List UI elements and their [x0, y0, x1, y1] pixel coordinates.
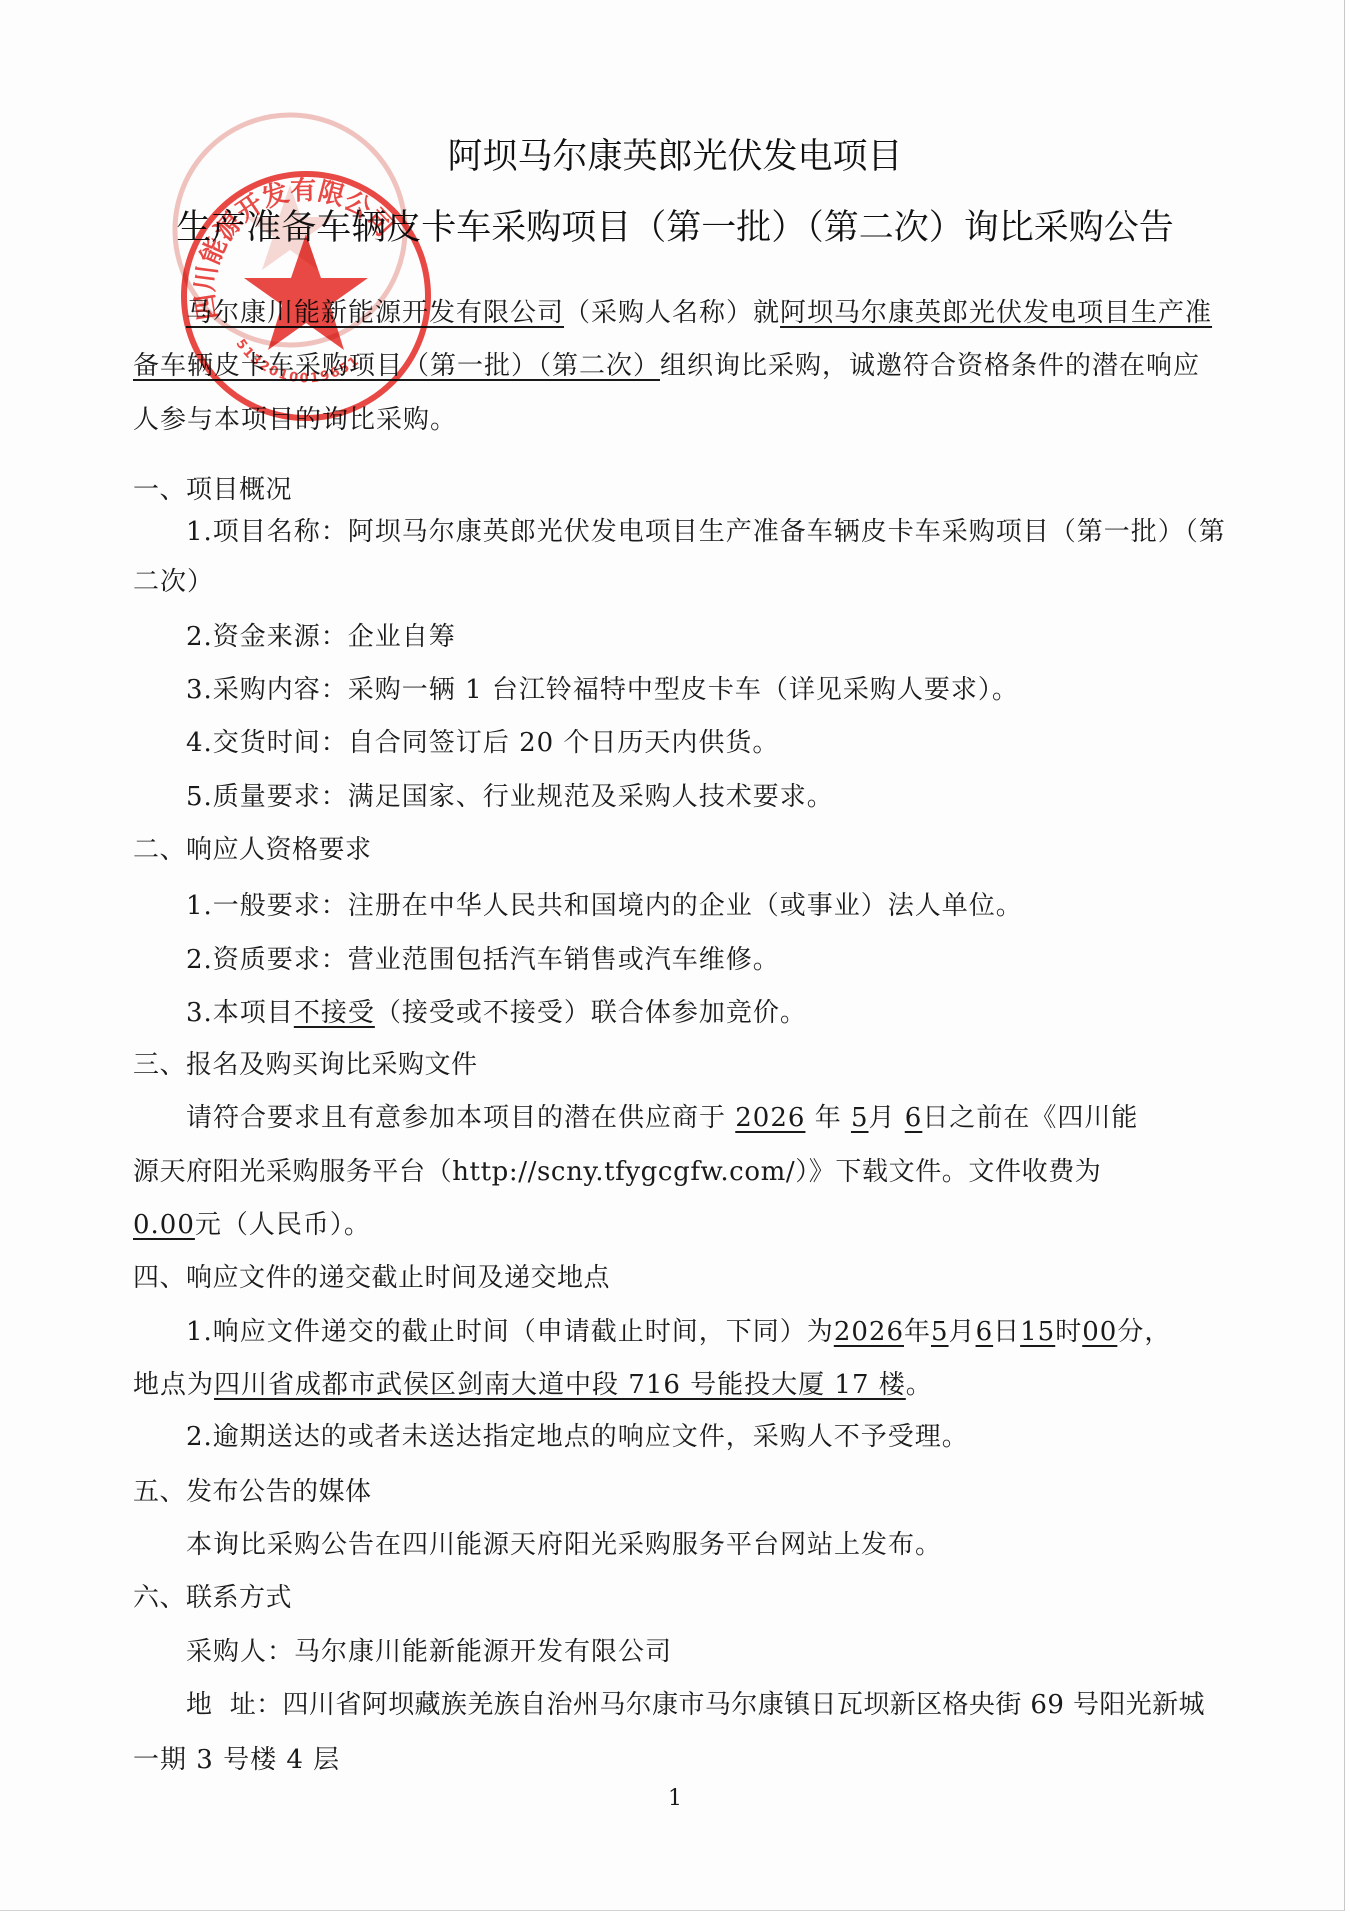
s3-para-line-2: 源天府阳光采购服务平台（http://scny.tfygcgfw.com/）》下…	[133, 1155, 1101, 1189]
deadline-month: 5	[931, 1317, 949, 1347]
intro-text: 组织询比采购，诚邀符合资格条件的潜在响应	[660, 351, 1200, 381]
s3-text-a: 请符合要求且有意参加本项目的潜在供应商于	[186, 1103, 735, 1133]
section-5-heading: 五、发布公告的媒体	[133, 1475, 372, 1509]
s3-text-c: 月	[869, 1103, 905, 1133]
registration-month: 5	[851, 1103, 869, 1133]
deadline-day: 6	[976, 1317, 994, 1347]
purchaser-label: （采购人名称）就	[564, 298, 780, 328]
s1-item-2: 2.资金来源：企业自筹	[186, 620, 456, 654]
document-page: 阿坝马尔康英郎光伏发电项目 生产准备车辆皮卡车采购项目（第一批）（第二次）询比采…	[0, 0, 1345, 1911]
s4-item-1-place: 地点为四川省成都市武侯区剑南大道中段 716 号能投大厦 17 楼。	[133, 1368, 933, 1402]
contact-address-line-2: 一期 3 号楼 4 层	[133, 1743, 340, 1777]
s2-item-3: 3.本项目不接受（接受或不接受）联合体参加竞价。	[186, 996, 807, 1030]
year-unit: 年	[904, 1317, 931, 1347]
minute-unit: 分，	[1117, 1317, 1171, 1347]
registration-year: 2026	[735, 1103, 805, 1133]
purchaser-name: 马尔康川能新能源开发有限公司	[186, 298, 564, 328]
project-name-part-1: 阿坝马尔康英郎光伏发电项目生产准	[780, 298, 1212, 328]
s1-item-1-cont: 二次）	[133, 565, 214, 599]
month-unit: 月	[949, 1317, 976, 1347]
document-title-line-1: 阿坝马尔康英郎光伏发电项目	[0, 135, 1350, 179]
intro-line-2: 备车辆皮卡车采购项目（第一批）（第二次）组织询比采购，诚邀符合资格条件的潜在响应	[133, 349, 1200, 383]
s2-item-1: 1.一般要求：注册在中华人民共和国境内的企业（或事业）法人单位。	[186, 889, 1023, 923]
s2-item-3-prefix: 3.本项目	[186, 998, 294, 1028]
s1-item-1: 1.项目名称：阿坝马尔康英郎光伏发电项目生产准备车辆皮卡车采购项目（第一批）（第	[186, 515, 1226, 549]
intro-line-1: 马尔康川能新能源开发有限公司（采购人名称）就阿坝马尔康英郎光伏发电项目生产准	[186, 296, 1212, 330]
s4-item-1: 1.响应文件递交的截止时间（申请截止时间，下同）为2026年5月6日15时00分…	[186, 1315, 1171, 1349]
section-2-heading: 二、响应人资格要求	[133, 833, 372, 867]
section-6-heading: 六、联系方式	[133, 1581, 292, 1615]
place-prefix: 地点为	[133, 1370, 214, 1400]
project-name-part-2: 备车辆皮卡车采购项目（第一批）（第二次）	[133, 351, 660, 381]
deadline-year: 2026	[834, 1317, 904, 1347]
registration-day: 6	[905, 1103, 923, 1133]
intro-line-3: 人参与本项目的询比采购。	[133, 403, 457, 437]
page-number: 1	[0, 1786, 1350, 1811]
contact-address-line-1: 地 址：四川省阿坝藏族羌族自治州马尔康市马尔康镇日瓦坝新区格央街 69 号阳光新…	[186, 1688, 1205, 1722]
s3-text-d: 日之前在《四川能	[922, 1103, 1138, 1133]
place-suffix: 。	[906, 1370, 933, 1400]
s2-item-2: 2.资质要求：营业范围包括汽车销售或汽车维修。	[186, 943, 780, 977]
s5-text: 本询比采购公告在四川能源天府阳光采购服务平台网站上发布。	[186, 1528, 942, 1562]
day-unit: 日	[993, 1317, 1020, 1347]
s1-item-3: 3.采购内容：采购一辆 1 台江铃福特中型皮卡车（详见采购人要求）。	[186, 673, 1019, 707]
document-fee: 0.00	[133, 1210, 195, 1240]
section-4-heading: 四、响应文件的递交截止时间及递交地点	[133, 1261, 610, 1295]
section-1-heading: 一、项目概况	[133, 473, 292, 507]
s4-item-2: 2.逾期送达的或者未送达指定地点的响应文件，采购人不予受理。	[186, 1420, 969, 1454]
s3-text-b: 年	[805, 1103, 851, 1133]
s1-item-5: 5.质量要求：满足国家、行业规范及采购人技术要求。	[186, 780, 834, 814]
s4-item-1-text: 1.响应文件递交的截止时间（申请截止时间，下同）为	[186, 1317, 834, 1347]
consortium-acceptance: 不接受	[294, 998, 375, 1028]
submission-address: 四川省成都市武侯区剑南大道中段 716 号能投大厦 17 楼	[214, 1370, 906, 1400]
document-title-line-2: 生产准备车辆皮卡车采购项目（第一批）（第二次）询比采购公告	[0, 206, 1350, 250]
contact-purchaser: 采购人：马尔康川能新能源开发有限公司	[186, 1635, 672, 1669]
section-3-heading: 三、报名及购买询比采购文件	[133, 1048, 478, 1082]
s1-item-4: 4.交货时间：自合同签订后 20 个日历天内供货。	[186, 726, 779, 760]
s2-item-3-suffix: （接受或不接受）联合体参加竞价。	[375, 998, 807, 1028]
s3-para-line-3: 0.00元（人民币）。	[133, 1208, 371, 1242]
deadline-minute: 00	[1082, 1317, 1117, 1347]
hour-unit: 时	[1055, 1317, 1082, 1347]
fee-currency: 元（人民币）。	[195, 1210, 371, 1240]
deadline-hour: 15	[1020, 1317, 1055, 1347]
s3-para-line-1: 请符合要求且有意参加本项目的潜在供应商于 2026 年 5月 6日之前在《四川能	[186, 1101, 1138, 1135]
